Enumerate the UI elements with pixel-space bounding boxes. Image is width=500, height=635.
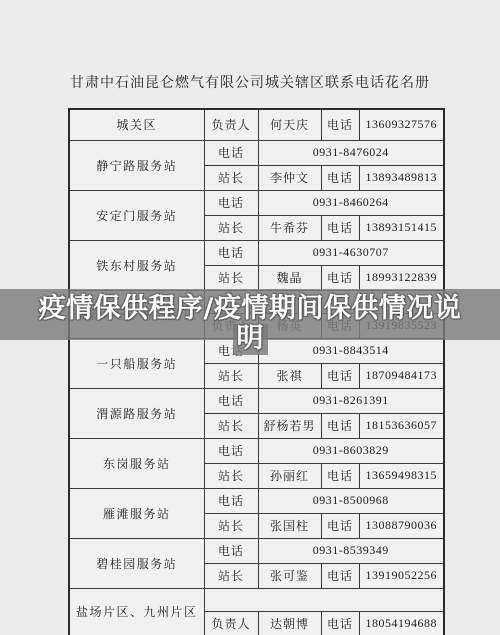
person-name: 牛希芬 <box>258 215 321 240</box>
tel-label: 电话 <box>204 488 258 513</box>
station-name: 城关区 <box>69 109 204 140</box>
station-name: 碧桂园服务站 <box>69 538 204 588</box>
phone-label: 电话 <box>321 363 359 388</box>
tel-label: 电话 <box>204 438 258 463</box>
station-name: 雁滩服务站 <box>69 488 204 538</box>
person-name: 舒杨若男 <box>258 413 321 438</box>
phone-label: 电话 <box>321 215 359 240</box>
station-name: 盐场片区、九州片区 <box>69 588 204 635</box>
tel-label: 电话 <box>204 538 258 563</box>
tel-label: 电话 <box>204 140 258 165</box>
station-name: 安定门服务站 <box>69 190 204 240</box>
role-label: 站长 <box>204 563 258 588</box>
tel-label: 电话 <box>204 190 258 215</box>
tel-number: 0931-8261391 <box>258 388 444 413</box>
station-name: 东岗服务站 <box>69 438 204 488</box>
person-name: 何天庆 <box>258 109 321 140</box>
role-label: 负责人 <box>204 109 258 140</box>
phone-label: 电话 <box>321 165 359 190</box>
phone-label: 电话 <box>321 313 359 338</box>
phone-number: 13893151415 <box>359 215 444 240</box>
roster-row: 碧桂园服务站电话0931-8539349 <box>69 538 444 563</box>
tel-label: 电话 <box>204 338 258 363</box>
roster-row: 盐场片区、九州片区 <box>69 588 444 611</box>
tel-label: 电话 <box>204 388 258 413</box>
roster-row: 东岗服务站电话0931-8603829 <box>69 438 444 463</box>
phone-number: 13609327576 <box>359 109 444 140</box>
phone-number: 18054194688 <box>359 611 444 635</box>
roster-row: 一只船服务站电话0931-8843514 <box>69 338 444 363</box>
roster-row: 雁滩服务站电话0931-8500968 <box>69 488 444 513</box>
person-name: 达朝博 <box>258 611 321 635</box>
document-title: 甘肃中石油昆仑燃气有限公司城关辖区联系电话花名册 <box>0 72 500 92</box>
phone-number: 13088790036 <box>359 513 444 538</box>
person-name: 魏晶 <box>258 265 321 290</box>
tel-number: 0931-8603829 <box>258 438 444 463</box>
station-name: 一只船服务站 <box>69 338 204 388</box>
role-label: 站长 <box>204 215 258 240</box>
phone-number: 13893489813 <box>359 165 444 190</box>
station-name: 静宁路服务站 <box>69 140 204 190</box>
phone-number: 18993122839 <box>359 265 444 290</box>
tel-number: 0931-8500968 <box>258 488 444 513</box>
roster-body: 城关区负责人何天庆电话13609327576静宁路服务站电话0931-84760… <box>69 109 444 635</box>
roster-row: 渭源路服务站电话0931-8261391 <box>69 388 444 413</box>
station-name: 铁东村服务站 <box>69 240 204 290</box>
scanned-document-page: 甘肃中石油昆仑燃气有限公司城关辖区联系电话花名册 城关区负责人何天庆电话1360… <box>0 0 500 635</box>
tel-number: 0931-8843514 <box>258 338 444 363</box>
phone-label: 电话 <box>321 265 359 290</box>
contact-roster-table: 城关区负责人何天庆电话13609327576静宁路服务站电话0931-84760… <box>68 108 445 635</box>
phone-label: 电话 <box>321 611 359 635</box>
tel-number: 0931-8539349 <box>258 538 444 563</box>
phone-number: 13919835523 <box>359 313 444 338</box>
roster-row: 静宁路服务站电话0931-8476024 <box>69 140 444 165</box>
role-label: 站长 <box>204 513 258 538</box>
roster-row: 城关区负责人何天庆电话13609327576 <box>69 109 444 140</box>
person-name: 李仲文 <box>258 165 321 190</box>
person-name: 张祺 <box>258 363 321 388</box>
person-name: 孙丽红 <box>258 463 321 488</box>
phone-label: 电话 <box>321 463 359 488</box>
tel-label: 电话 <box>204 240 258 265</box>
empty-cell <box>204 588 444 611</box>
phone-label: 电话 <box>321 109 359 140</box>
role-label: 站长 <box>204 165 258 190</box>
empty-cell <box>204 290 444 313</box>
role-label: 负责人 <box>204 611 258 635</box>
person-name: 杨英 <box>258 313 321 338</box>
roster-row: 安定门服务站电话0931-8460264 <box>69 190 444 215</box>
phone-number: 18153636057 <box>359 413 444 438</box>
phone-label: 电话 <box>321 563 359 588</box>
roster-row: 高新片区、雁滩片区 <box>69 290 444 313</box>
phone-number: 18709484173 <box>359 363 444 388</box>
person-name: 张国柱 <box>258 513 321 538</box>
phone-number: 13919052256 <box>359 563 444 588</box>
phone-label: 电话 <box>321 513 359 538</box>
role-label: 站长 <box>204 413 258 438</box>
station-name: 高新片区、雁滩片区 <box>69 290 204 338</box>
station-name: 渭源路服务站 <box>69 388 204 438</box>
phone-number: 13659498315 <box>359 463 444 488</box>
tel-number: 0931-4630707 <box>258 240 444 265</box>
role-label: 站长 <box>204 265 258 290</box>
roster-row: 铁东村服务站电话0931-4630707 <box>69 240 444 265</box>
person-name: 张可鉴 <box>258 563 321 588</box>
tel-number: 0931-8476024 <box>258 140 444 165</box>
phone-label: 电话 <box>321 413 359 438</box>
role-label: 负责人 <box>204 313 258 338</box>
tel-number: 0931-8460264 <box>258 190 444 215</box>
role-label: 站长 <box>204 363 258 388</box>
role-label: 站长 <box>204 463 258 488</box>
